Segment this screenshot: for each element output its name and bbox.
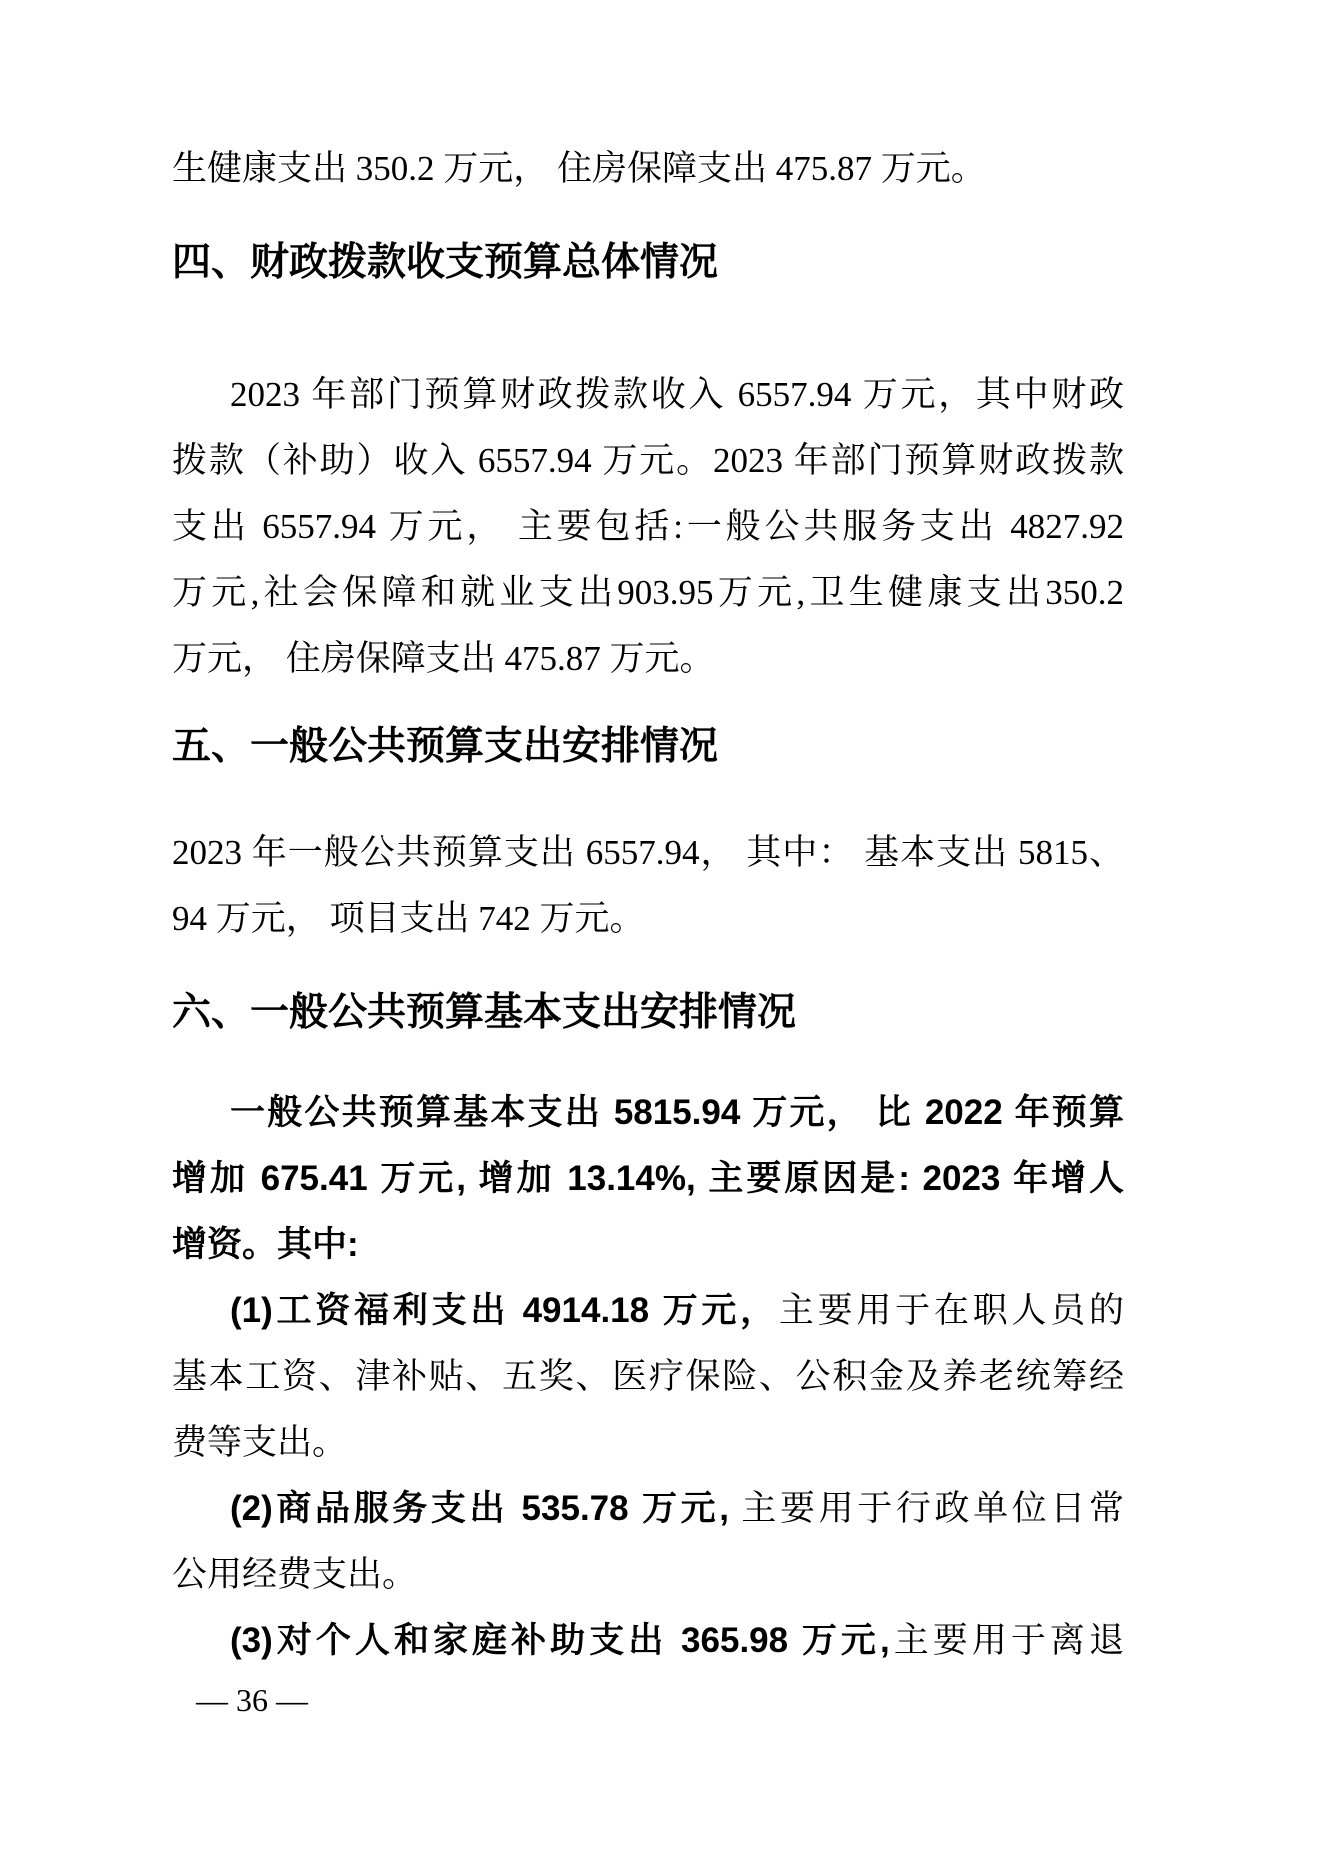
paragraph: (3)对个人和家庭补助支出 365.98 万元,主要用于离退 [172, 1608, 1124, 1674]
document-page: 生健康支出 350.2 万元， 住房保障支出 475.87 万元。四、财政拨款收… [0, 0, 1323, 1871]
section-heading-h6: 六、一般公共预算基本支出安排情况 [172, 980, 1124, 1046]
text-segment: 主要用于在职人员的 [779, 1291, 1124, 1330]
text-line: 拨款（补助）收入 6557.94 万元。2023 年部门预算财政拨款 [172, 428, 1124, 494]
text-line: 支出 6557.94 万元， 主要包括:一般公共服务支出 4827.92 [172, 494, 1124, 560]
text-line: 万元， 住房保障支出 475.87 万元。 [172, 626, 1124, 692]
text-line: 2023 年一般公共预算支出 6557.94， 其中： 基本支出 5815、 [172, 820, 1124, 886]
text-line: 增资。其中: [172, 1212, 1124, 1278]
bold-text-segment: 增资。其中: [172, 1225, 359, 1264]
text-segment: 基本工资、津补贴、五奖、医疗保险、公积金及养老统筹经 [172, 1357, 1124, 1396]
text-line: (1)工资福利支出 4914.18 万元，主要用于在职人员的 [172, 1278, 1124, 1344]
text-segment: 主要用于离退 [890, 1621, 1124, 1660]
paragraph: (2)商品服务支出 535.78 万元, 主要用于行政单位日常公用经费支出。 [172, 1476, 1124, 1608]
text-segment: 2023 年一般公共预算支出 6557.94， 其中： 基本支出 5815、 [172, 833, 1124, 872]
text-line: 基本工资、津补贴、五奖、医疗保险、公积金及养老统筹经 [172, 1344, 1124, 1410]
text-line: 2023 年部门预算财政拨款收入 6557.94 万元，其中财政 [172, 362, 1124, 428]
bold-text-segment: (2)商品服务支出 535.78 万元, [230, 1489, 729, 1528]
text-segment: 拨款（补助）收入 6557.94 万元。2023 年部门预算财政拨款 [172, 441, 1124, 480]
bold-text-segment: (3)对个人和家庭补助支出 365.98 万元, [230, 1621, 890, 1660]
text-line: (3)对个人和家庭补助支出 365.98 万元,主要用于离退 [172, 1608, 1124, 1674]
text-line: 增加 675.41 万元, 增加 13.14%, 主要原因是: 2023 年增人 [172, 1146, 1124, 1212]
text-segment: 公用经费支出。 [172, 1555, 417, 1594]
section-heading-h5: 五、一般公共预算支出安排情况 [172, 714, 1124, 780]
paragraph: 2023 年部门预算财政拨款收入 6557.94 万元，其中财政拨款（补助）收入… [172, 362, 1124, 692]
text-segment: 万元,社会保障和就业支出903.95万元,卫生健康支出350.2 [172, 573, 1124, 612]
text-segment: 万元， 住房保障支出 475.87 万元。 [172, 639, 715, 678]
bold-text-segment: (1)工资福利支出 4914.18 万元， [230, 1291, 779, 1330]
page-number: — 36 — [196, 1678, 308, 1722]
paragraph: 2023 年一般公共预算支出 6557.94， 其中： 基本支出 5815、94… [172, 820, 1124, 952]
text-line: 万元,社会保障和就业支出903.95万元,卫生健康支出350.2 [172, 560, 1124, 626]
paragraph: 生健康支出 350.2 万元， 住房保障支出 475.87 万元。 [172, 136, 1124, 202]
text-line: 94 万元， 项目支出 742 万元。 [172, 886, 1124, 952]
text-line: 费等支出。 [172, 1410, 1124, 1476]
text-segment: 支出 6557.94 万元， 主要包括:一般公共服务支出 4827.92 [172, 507, 1124, 546]
text-segment: 主要用于行政单位日常 [729, 1489, 1124, 1528]
paragraph: (1)工资福利支出 4914.18 万元，主要用于在职人员的基本工资、津补贴、五… [172, 1278, 1124, 1476]
text-segment: 生健康支出 350.2 万元， 住房保障支出 475.87 万元。 [172, 149, 986, 188]
text-line: 一般公共预算基本支出 5815.94 万元， 比 2022 年预算 [172, 1080, 1124, 1146]
document-content: 生健康支出 350.2 万元， 住房保障支出 475.87 万元。四、财政拨款收… [172, 136, 1124, 1674]
text-segment: 费等支出。 [172, 1423, 347, 1462]
bold-text-segment: 一般公共预算基本支出 5815.94 万元， 比 2022 年预算 [230, 1093, 1124, 1132]
bold-text-segment: 增加 675.41 万元, 增加 13.14%, 主要原因是: 2023 年增人 [172, 1159, 1124, 1198]
text-line: 公用经费支出。 [172, 1542, 1124, 1608]
text-line: (2)商品服务支出 535.78 万元, 主要用于行政单位日常 [172, 1476, 1124, 1542]
text-segment: 94 万元， 项目支出 742 万元。 [172, 899, 645, 938]
text-line: 生健康支出 350.2 万元， 住房保障支出 475.87 万元。 [172, 136, 1124, 202]
paragraph: 一般公共预算基本支出 5815.94 万元， 比 2022 年预算增加 675.… [172, 1080, 1124, 1278]
section-heading-h4: 四、财政拨款收支预算总体情况 [172, 230, 1124, 296]
text-segment: 2023 年部门预算财政拨款收入 6557.94 万元，其中财政 [230, 375, 1124, 414]
